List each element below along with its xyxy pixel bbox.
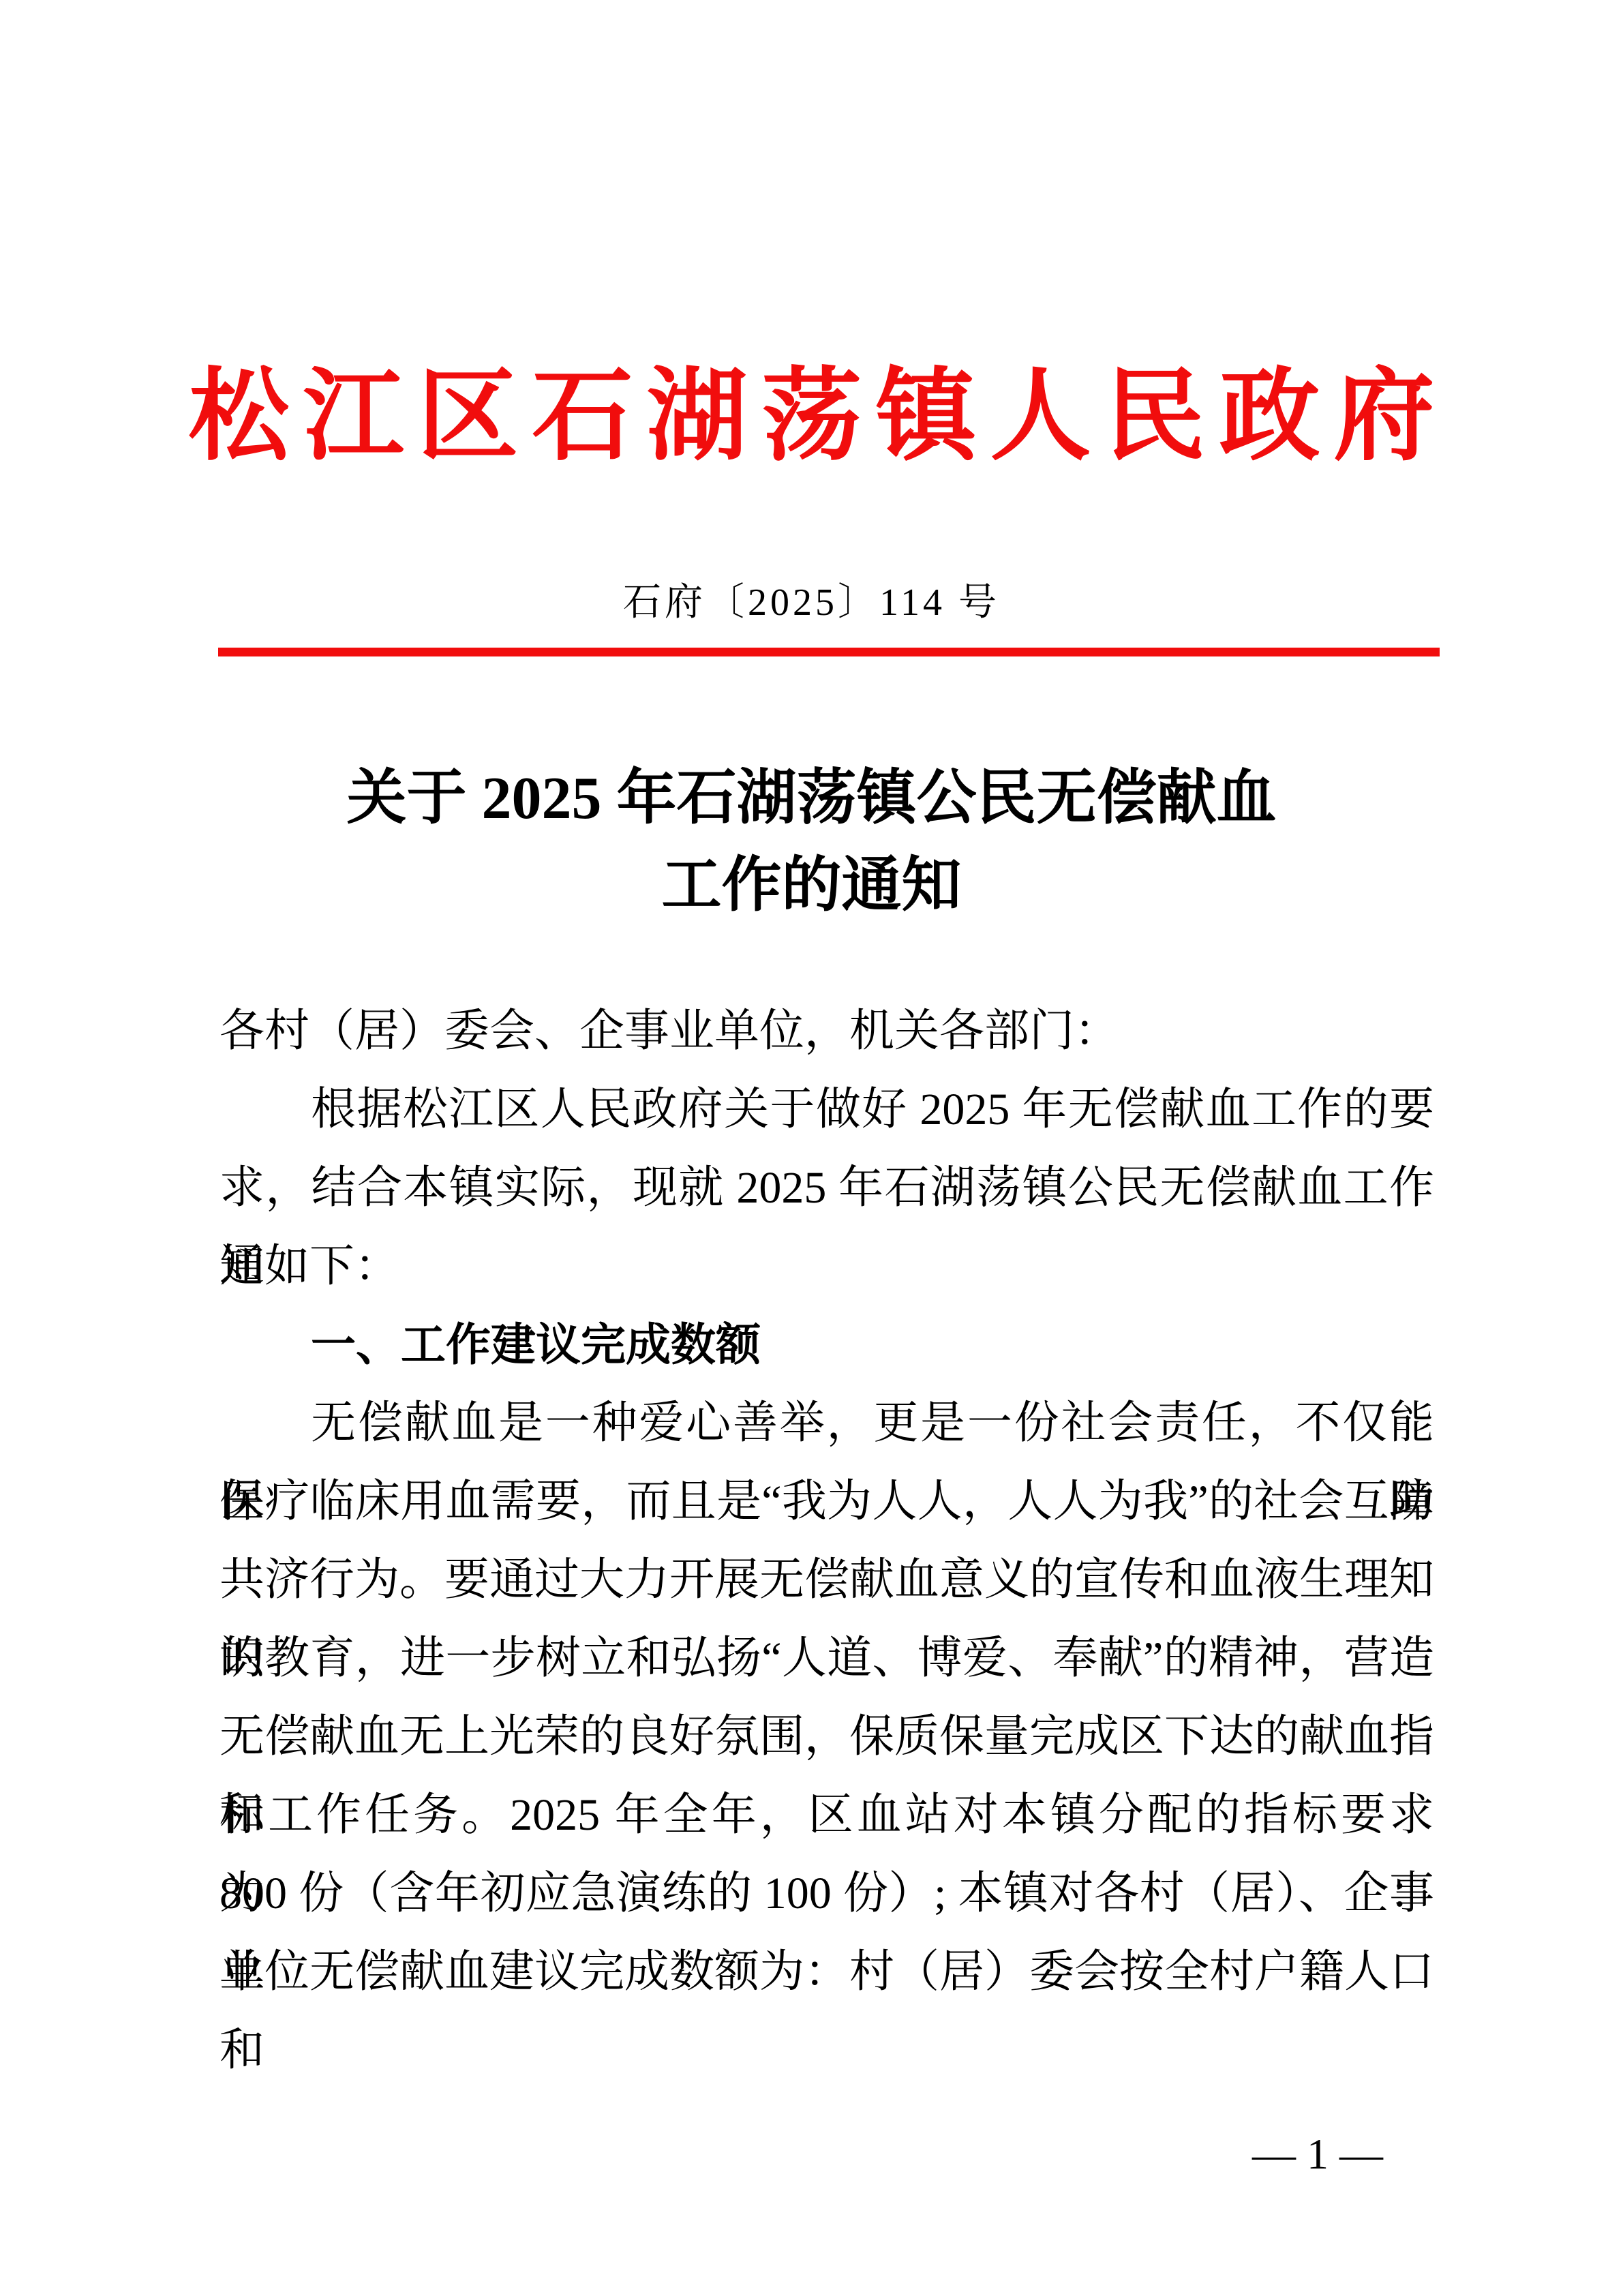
page-number: — 1 — xyxy=(1252,2130,1383,2179)
body-line: 800 份（含年初应急演练的 100 份）; 本镇对各村（居）、企事业 xyxy=(219,1854,1434,1933)
body-line: 无偿献血无上光荣的良好氛围，保质保量完成区下达的献血指标 xyxy=(219,1697,1434,1776)
document-title: 关于 2025 年石湖荡镇公民无偿献血 工作的通知 xyxy=(0,755,1623,930)
document-number: 石府〔2025〕114 号 xyxy=(0,578,1623,627)
document-page: 松江区石湖荡镇人民政府 石府〔2025〕114 号 关于 2025 年石湖荡镇公… xyxy=(0,0,1623,2296)
body-line: 知如下： xyxy=(219,1227,1434,1305)
body-line: 和工作任务。2025 年全年，区血站对本镇分配的指标要求为： xyxy=(219,1776,1434,1854)
document-title-line-2: 工作的通知 xyxy=(0,843,1623,930)
document-title-line-1: 关于 2025 年石湖荡镇公民无偿献血 xyxy=(0,755,1623,843)
body-line-salutation: 各村（居）委会、企事业单位，机关各部门： xyxy=(219,992,1434,1070)
body-line: 共济行为。要通过大力开展无偿献血意义的宣传和血液生理知识 xyxy=(219,1541,1434,1619)
body-line: 根据松江区人民政府关于做好 2025 年无偿献血工作的要 xyxy=(219,1070,1434,1149)
red-divider-rule xyxy=(218,648,1440,656)
body-line: 无偿献血是一种爱心善举，更是一份社会责任，不仅能保障 xyxy=(219,1384,1434,1462)
body-line: 医疗临床用血需要，而且是“我为人人，人人为我”的社会互助 xyxy=(219,1462,1434,1541)
section-heading: 一、工作建议完成数额 xyxy=(219,1305,1434,1384)
body-line: 的教育，进一步树立和弘扬“人道、博爱、奉献”的精神，营造 xyxy=(219,1619,1434,1697)
body-line: 求，结合本镇实际，现就 2025 年石湖荡镇公民无偿献血工作通 xyxy=(219,1149,1434,1227)
agency-title: 松江区石湖荡镇人民政府 xyxy=(0,354,1623,481)
body-line: 单位无偿献血建议完成数额为：村（居）委会按全村户籍人口和 xyxy=(219,1933,1434,2011)
document-body: 各村（居）委会、企事业单位，机关各部门： 根据松江区人民政府关于做好 2025 … xyxy=(219,992,1434,2011)
